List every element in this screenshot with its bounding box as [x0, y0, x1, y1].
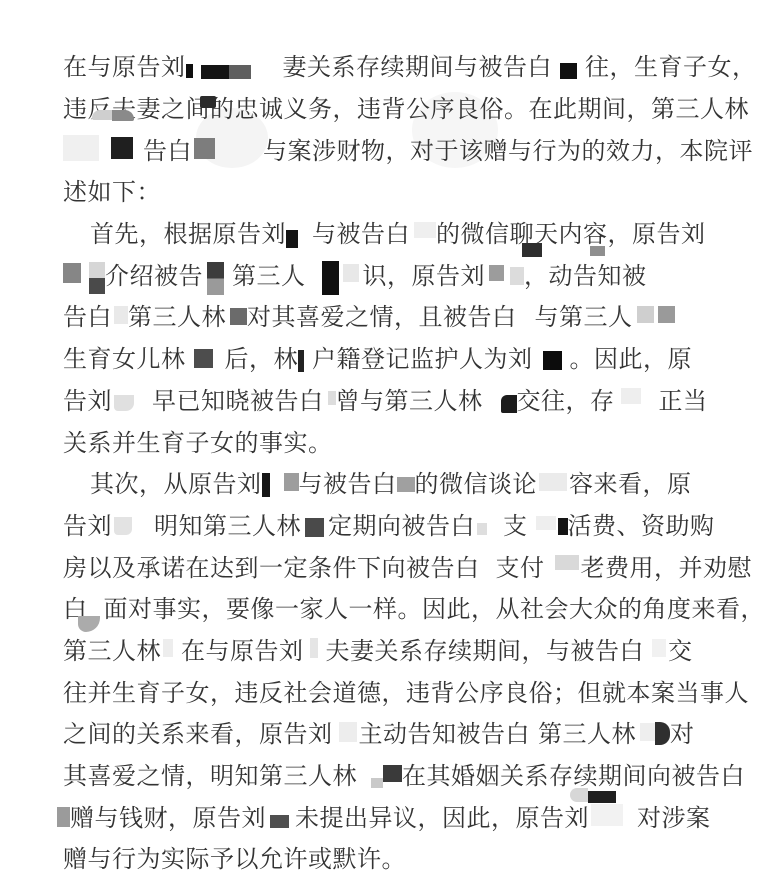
- redaction-box: [383, 765, 402, 782]
- page: 在与原告刘妻关系存续期间与被告白往，生育子女，违反夫妻之间的忠诚义务，违背公序良…: [0, 0, 770, 886]
- text-segment: 其次，从原告刘: [90, 464, 262, 499]
- text-segment: 在与原告刘: [181, 631, 304, 666]
- redaction-box: [89, 262, 105, 294]
- redaction-box: [536, 516, 556, 530]
- redaction-box: [230, 308, 247, 325]
- redaction-box: [298, 350, 304, 372]
- redaction-box: [560, 63, 577, 79]
- text-segment: 妻关系存续期间与被告白: [283, 47, 553, 82]
- redaction-box: [63, 263, 81, 283]
- text-line: 首先，根据原告刘与被告白的微信聊天内容，原告刘: [63, 211, 750, 253]
- redaction-box: [555, 555, 579, 570]
- spacing-gap: [533, 356, 543, 357]
- redaction-box: [194, 138, 215, 159]
- spacing-gap: [318, 648, 326, 649]
- redaction-box: [558, 518, 568, 535]
- redaction-box: [229, 65, 251, 79]
- redaction-box: [510, 267, 524, 285]
- text-segment: 面对事实，要像一家人一样。因此，从社会大众的角度来看，: [104, 589, 766, 624]
- redaction-box: [343, 264, 359, 282]
- spacing-gap: [304, 356, 312, 357]
- text-line: 违反夫妻之间的忠诚义务，违背公序良俗。在此期间，第三人林: [63, 86, 750, 128]
- text-segment: 识，原告刘: [363, 256, 486, 291]
- text-line: 告白与案涉财物，对于该赠与行为的效力，本院评: [63, 127, 750, 169]
- text-segment: 赠与钱财，原告刘: [70, 798, 266, 833]
- spacing-gap: [641, 398, 659, 399]
- redaction-box: [640, 723, 655, 741]
- redaction-box: [114, 395, 134, 411]
- text-line: 述如下：: [63, 169, 750, 211]
- text-segment: 之间的关系来看，原告刘: [63, 714, 333, 749]
- spacing-gap: [215, 148, 263, 149]
- scan-artifact: [92, 110, 112, 120]
- text-segment: 早已知晓被告白: [152, 381, 324, 416]
- text-segment: ，动告知被: [524, 256, 647, 291]
- text-segment: 赠与行为实际予以允许或默许。: [63, 839, 406, 874]
- text-segment: 老费用，并劝慰: [581, 548, 753, 583]
- text-line: 告白第三人林对其喜爱之情，且被告白与第三人: [63, 294, 750, 336]
- text-segment: 在其婚姻关系存续期间向被告白: [402, 756, 745, 791]
- redaction-box: [270, 815, 289, 828]
- spacing-gap: [173, 648, 181, 649]
- text-segment: 的微信谈论: [415, 464, 538, 499]
- spacing-gap: [483, 398, 501, 399]
- text-segment: 未提出异议，因此，原告刘: [295, 798, 589, 833]
- redaction-box: [339, 722, 357, 742]
- redaction-box: [322, 261, 339, 295]
- spacing-gap: [186, 356, 194, 357]
- spacing-gap: [270, 481, 284, 482]
- redaction-box: [397, 477, 415, 492]
- redaction-box: [310, 638, 318, 658]
- text-segment: 首先，根据原告刘: [90, 214, 286, 249]
- redaction-box: [637, 306, 654, 323]
- redaction-box: [186, 64, 193, 78]
- text-segment: 告刘: [63, 381, 112, 416]
- spacing-gap: [88, 606, 104, 607]
- redaction-box: [328, 391, 336, 405]
- scan-artifact: [522, 243, 542, 257]
- text-line: 在与原告刘妻关系存续期间与被告白往，生育子女，: [63, 44, 750, 86]
- redaction-box: [658, 306, 675, 323]
- text-segment: 第三人: [232, 256, 306, 291]
- spacing-gap: [134, 398, 152, 399]
- text-segment: 与被告白: [299, 464, 397, 499]
- redaction-box: [207, 262, 224, 295]
- text-line: 往并生育子女，违反社会道德，违背公序良俗；但就本案当事人: [63, 669, 750, 711]
- redaction-box: [201, 65, 229, 79]
- spacing-gap: [562, 356, 570, 357]
- spacing-gap: [528, 523, 536, 524]
- text-line: 告刘早已知晓被告白曾与第三人林交往，存正当: [63, 378, 750, 420]
- redaction-box: [489, 265, 504, 281]
- spacing-gap: [213, 356, 225, 357]
- spacing-gap: [487, 523, 503, 524]
- redaction-box: [591, 804, 623, 826]
- text-segment: 告白: [143, 131, 192, 166]
- spacing-gap: [545, 565, 555, 566]
- redaction-box: [414, 222, 436, 238]
- text-line: 介绍被告第三人识，原告刘，动告知被: [63, 252, 750, 294]
- scan-artifact: [112, 110, 134, 121]
- text-segment: 对其喜爱之情，且被告白: [247, 297, 517, 332]
- spacing-gap: [306, 273, 322, 274]
- text-segment: 户籍登记监护人为刘: [312, 339, 533, 374]
- redaction-box: [539, 473, 567, 491]
- text-line: 白面对事实，要像一家人一样。因此，从社会大众的角度来看，: [63, 586, 750, 628]
- spacing-gap: [644, 648, 652, 649]
- text-segment: 支: [503, 506, 528, 541]
- spacing-gap: [552, 64, 560, 65]
- redaction-box: [163, 639, 173, 657]
- redaction-box: [543, 351, 562, 370]
- text-segment: 述如下：: [63, 172, 161, 207]
- text-line: 其次，从原告刘与被告白的微信谈论容来看，原: [63, 461, 750, 503]
- text-segment: 其喜爱之情，明知第三人林: [63, 756, 357, 791]
- text-segment: 与案涉财物，对于该赠与行为的效力，本院评: [263, 131, 753, 166]
- scan-artifact: [588, 791, 616, 803]
- text-line: 之间的关系来看，原告刘主动告知被告白第三人林对: [63, 711, 750, 753]
- redaction-box: [63, 135, 99, 161]
- redaction-box: [501, 395, 517, 413]
- spacing-gap: [132, 523, 154, 524]
- text-segment: 支付: [496, 548, 545, 583]
- scan-artifact: [570, 788, 588, 802]
- text-segment: 在与原告刘: [63, 47, 186, 82]
- spacing-gap: [193, 64, 201, 65]
- spacing-gap: [577, 64, 585, 65]
- spacing-gap: [298, 231, 312, 232]
- scan-artifact: [590, 246, 605, 256]
- text-line: 赠与行为实际予以允许或默许。: [63, 836, 750, 878]
- text-segment: 往，生育子女，: [585, 47, 757, 82]
- text-segment: 对涉案: [637, 798, 711, 833]
- text-segment: 违反夫妻之间的忠诚义务，违背公序良俗。在此期间，第三人林: [63, 89, 749, 124]
- text-segment: 第三人林: [538, 714, 636, 749]
- spacing-gap: [133, 148, 143, 149]
- redaction-box: [57, 807, 70, 827]
- redaction-box: [477, 523, 487, 535]
- redaction-box: [655, 722, 670, 745]
- text-segment: 对: [670, 714, 695, 749]
- text-segment: 第三人林: [128, 297, 226, 332]
- redaction-box: [114, 517, 132, 535]
- text-segment: 生育女儿林: [63, 339, 186, 374]
- spacing-gap: [480, 565, 496, 566]
- text-segment: 后，林: [225, 339, 299, 374]
- text-line: 关系并生育子女的事实。: [63, 419, 750, 461]
- redaction-box: [286, 230, 298, 248]
- text-segment: 介绍被告: [105, 256, 203, 291]
- spacing-gap: [517, 314, 535, 315]
- redaction-box: [371, 778, 383, 788]
- redaction-box: [305, 518, 324, 537]
- redaction-box: [114, 306, 128, 324]
- spacing-gap: [224, 273, 232, 274]
- text-segment: 房以及承诺在达到一定条件下向被告白: [63, 548, 480, 583]
- redaction-box: [284, 473, 299, 491]
- text-segment: 曾与第三人林: [336, 381, 483, 416]
- text-segment: 交: [668, 631, 693, 666]
- scan-artifact: [200, 96, 216, 108]
- text-segment: 第三人林: [63, 631, 161, 666]
- text-segment: 定期向被告白: [328, 506, 475, 541]
- redaction-box: [111, 137, 133, 159]
- text-segment: 正当: [659, 381, 708, 416]
- text-segment: 夫妻关系存续期间，与被告白: [326, 631, 645, 666]
- text-segment: 与被告白: [312, 214, 410, 249]
- text-segment: 活费、资助购: [568, 506, 715, 541]
- text-line: 赠与钱财，原告刘未提出异议，因此，原告刘对涉案: [63, 794, 750, 836]
- redaction-box: [621, 388, 641, 404]
- text-line: 其喜爱之情，明知第三人林在其婚姻关系存续期间向被告白: [63, 753, 750, 795]
- spacing-gap: [99, 148, 111, 149]
- text-line: 告刘明知第三人林定期向被告白支活费、资助购: [63, 503, 750, 545]
- redaction-box: [194, 349, 213, 368]
- text-segment: 交往，存: [517, 381, 615, 416]
- text-segment: 。因此，原: [570, 339, 693, 374]
- spacing-gap: [623, 815, 637, 816]
- redaction-box: [262, 473, 270, 497]
- text-segment: 与第三人: [535, 297, 633, 332]
- text-segment: 容来看，原: [569, 464, 692, 499]
- text-segment: 关系并生育子女的事实。: [63, 423, 333, 458]
- text-segment: 告刘: [63, 506, 112, 541]
- text-line: 房以及承诺在达到一定条件下向被告白支付老费用，并劝慰: [63, 544, 750, 586]
- spacing-gap: [81, 273, 89, 274]
- spacing-gap: [530, 731, 538, 732]
- text-line: 第三人林在与原告刘夫妻关系存续期间，与被告白交: [63, 628, 750, 670]
- spacing-gap: [357, 773, 371, 774]
- redaction-box: [652, 639, 666, 657]
- document-body: 在与原告刘妻关系存续期间与被告白往，生育子女，违反夫妻之间的忠诚义务，违背公序良…: [63, 44, 750, 878]
- spacing-gap: [251, 64, 283, 65]
- text-segment: 明知第三人林: [154, 506, 301, 541]
- text-segment: 告白: [63, 297, 112, 332]
- text-line: 生育女儿林后，林户籍登记监护人为刘。因此，原: [63, 336, 750, 378]
- text-segment: 往并生育子女，违反社会道德，违背公序良俗；但就本案当事人: [63, 673, 749, 708]
- text-segment: 的微信聊天内容，原告刘: [436, 214, 706, 249]
- text-segment: 主动告知被告白: [359, 714, 531, 749]
